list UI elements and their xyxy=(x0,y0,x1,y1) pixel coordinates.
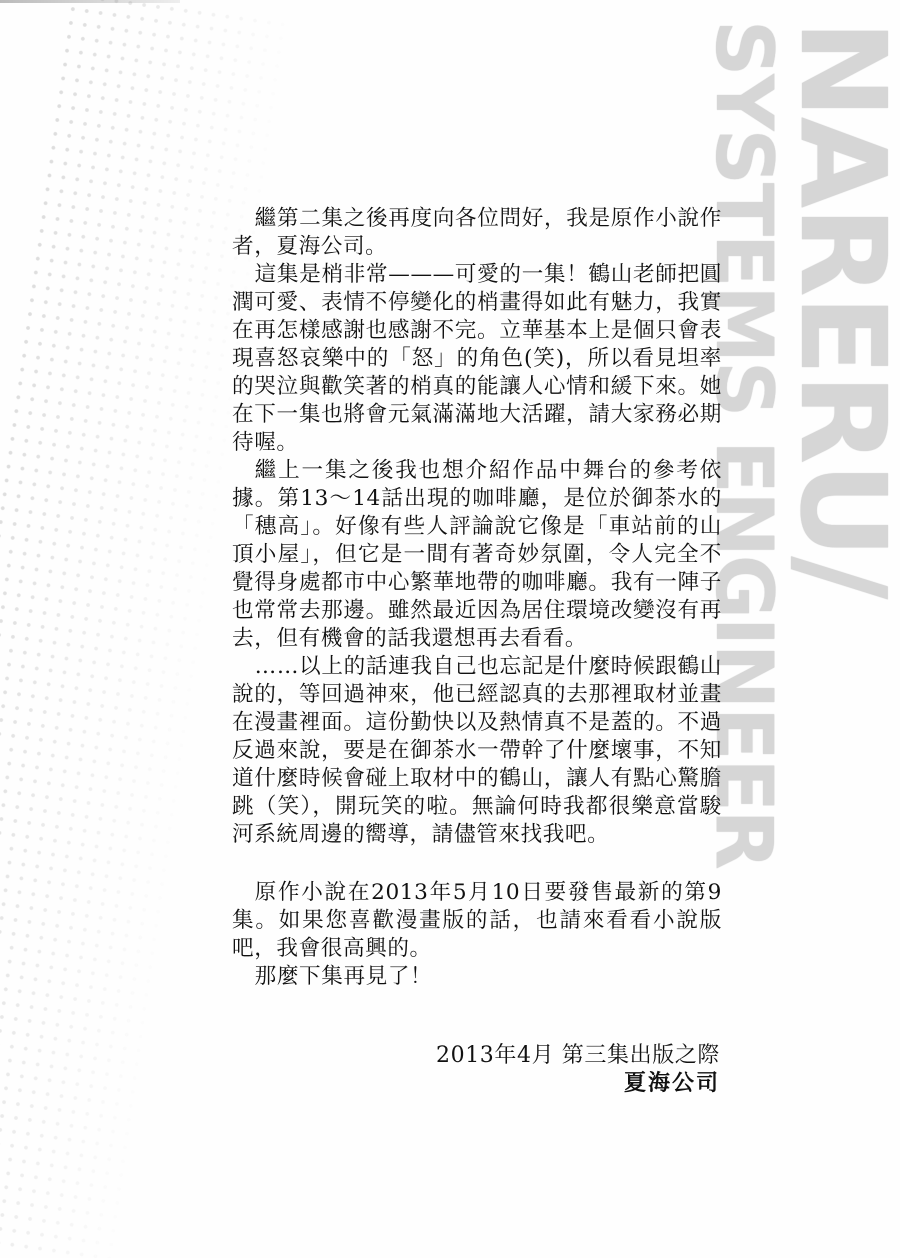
paragraph-location-reference: 繼上一集之後我也想介紹作品中舞台的參考依據。第13～14話出現的咖啡廳，是位於御… xyxy=(232,457,722,653)
signature-date: 2013年4月 第三集出版之際 xyxy=(436,1042,720,1070)
watermark-title: NARERU/ xyxy=(784,20,900,597)
paragraph-farewell: 那麼下集再見了！ xyxy=(232,963,722,991)
paragraph-novel-release: 原作小說在2013年5月10日要發售最新的第9集。如果您喜歡漫畫版的話，也請來看… xyxy=(232,879,722,963)
afterword-page: NARERU/ SYSTEMS ENGINEER 繼第二集之後再度向各位問好，我… xyxy=(0,0,900,1258)
signature-block: 2013年4月 第三集出版之際 夏海公司 xyxy=(436,1042,720,1098)
paragraph-spacer xyxy=(232,849,722,879)
paragraph-volume-comment: 這集是梢非常———可愛的一集！鶴山老師把圓潤可愛、表情不停變化的梢畫得如此有魅力… xyxy=(232,261,722,457)
afterword-body: 繼第二集之後再度向各位問好，我是原作小說作者，夏海公司。 這集是梢非常———可愛… xyxy=(232,205,722,991)
paragraph-greeting: 繼第二集之後再度向各位問好，我是原作小說作者，夏海公司。 xyxy=(232,205,722,261)
paragraph-anecdote: ……以上的話連我自己也忘記是什麼時候跟鶴山說的，等回過神來，他已經認真的去那裡取… xyxy=(232,653,722,849)
signature-author: 夏海公司 xyxy=(436,1070,720,1098)
